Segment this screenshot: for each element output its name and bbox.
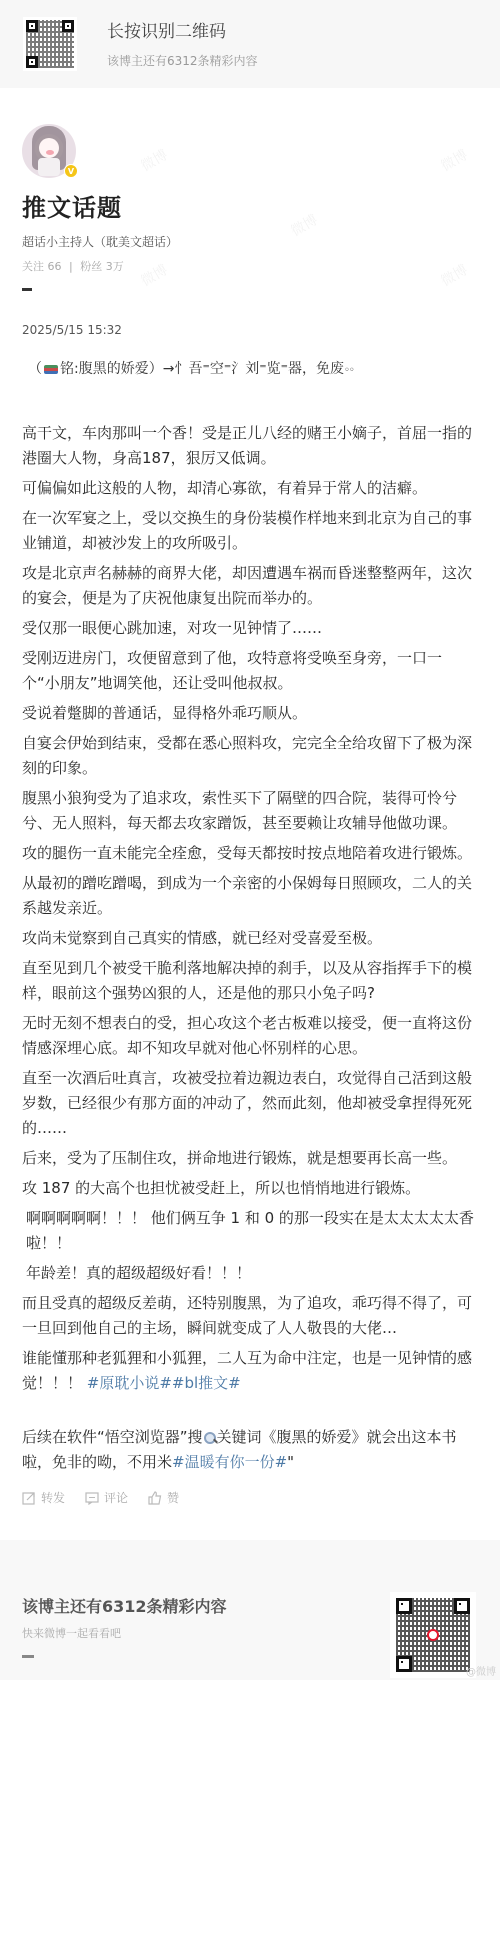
outro-text: 后续在软件“悟空浏览器”搜 bbox=[22, 1428, 203, 1446]
intro-prefix: （ bbox=[28, 361, 42, 377]
followers-count: 3万 bbox=[106, 260, 124, 273]
post-timestamp: 2025/5/15 15:32 bbox=[22, 323, 478, 337]
paragraph: 后来，受为了压制住攻，拼命地进行锻炼，就是想要再长高一些。 bbox=[22, 1146, 478, 1171]
eyes-icon: ◦◦ bbox=[344, 365, 354, 376]
like-button[interactable]: 赞 bbox=[148, 1489, 179, 1506]
paragraph: 攻尚未觉察到自己真实的情感，就已经对受喜爱至极。 bbox=[22, 926, 478, 951]
paragraph: 自宴会伊始到结束，受都在悉心照料攻，完完全全给攻留下了极为深刻的印象。 bbox=[22, 731, 478, 781]
section-divider bbox=[22, 288, 32, 291]
profile-section: V 推文话题 超话小主持人（耽美文超话） 关注 66 | 粉丝 3万 bbox=[0, 88, 500, 291]
thumbs-up-icon bbox=[148, 1491, 162, 1505]
outro-suffix: " bbox=[287, 1453, 294, 1471]
post: 2025/5/15 15:32 （铭:腹黑的娇爱）→忄吾⁼空⁼氵刘⁼览⁼器，免废… bbox=[0, 323, 500, 1534]
avatar[interactable]: V bbox=[22, 124, 76, 178]
bottom-banner-title: 该博主还有6312条精彩内容 bbox=[22, 1594, 227, 1617]
banner-subtitle: 该博主还有6312条精彩内容 bbox=[107, 52, 258, 69]
verified-badge-icon: V bbox=[64, 164, 78, 178]
bottom-banner: 该博主还有6312条精彩内容 快来微博一起看看吧 @微博 bbox=[0, 1540, 500, 1680]
paragraph: 受仅那一眼便心跳加速，对攻一见钟情了…… bbox=[22, 616, 478, 641]
post-body: 高干文，车肉那叫一个香！受是正儿八经的赌王小嫡子，首屈一指的港圈大人物，身高18… bbox=[22, 421, 478, 1475]
paragraph: 高干文，车肉那叫一个香！受是正儿八经的赌王小嫡子，首屈一指的港圈大人物，身高18… bbox=[22, 421, 478, 471]
comment-label: 评论 bbox=[104, 1489, 128, 1506]
paragraph: 年龄差！真的超级超级好看！！！ bbox=[22, 1261, 478, 1286]
paragraph: 无时无刻不想表白的受，担心攻这个老古板难以接受，便一直将这份情感深埋心底。却不知… bbox=[22, 1011, 478, 1061]
paragraph: 啊啊啊啊啊！！！ 他们俩互争 1 和 0 的那一段实在是太太太太太香啦！！ bbox=[22, 1206, 478, 1256]
paragraph: 攻 187 的大高个也担忧被受赶上，所以也悄悄地进行锻炼。 bbox=[22, 1176, 478, 1201]
outro-paragraph: 后续在软件“悟空浏览器”搜关键词《腹黑的娇爱》就会出这本书啦，免非的呦，不用米#… bbox=[22, 1425, 478, 1475]
weibo-credit: @微博 bbox=[466, 1663, 496, 1678]
paragraph: 直至见到几个被受干脆利落地解决掉的刹手，以及从容指挥手下的模样，眼前这个强势凶狠… bbox=[22, 956, 478, 1006]
top-qr-banner: 长按识别二维码 该博主还有6312条精彩内容 bbox=[0, 0, 500, 88]
weibo-logo-icon bbox=[427, 1629, 439, 1641]
qr-code-icon[interactable] bbox=[23, 17, 77, 71]
paragraph: 攻的腿伤一直未能完全痊愈，受每天都按时按点地陪着攻进行锻炼。 bbox=[22, 841, 478, 866]
hashtag-link[interactable]: #温暖有你一份# bbox=[172, 1453, 287, 1471]
repost-icon bbox=[22, 1491, 36, 1505]
paragraph-with-hashtags: 谁能懂那种老狐狸和小狐狸，二人互为命中注定，也是一见钟情的感觉！！！ #原耽小说… bbox=[22, 1346, 478, 1396]
paragraph: 腹黑小狼狗受为了追求攻，索性买下了隔壁的四合院，装得可怜兮兮、无人照料，每天都去… bbox=[22, 786, 478, 836]
banner-title: 长按识别二维码 bbox=[107, 20, 258, 44]
followers-label: 粉丝 bbox=[80, 260, 102, 273]
following-count: 66 bbox=[48, 260, 62, 273]
comment-icon bbox=[85, 1491, 99, 1505]
magnifier-icon bbox=[203, 1431, 217, 1445]
paragraph: 在一次军宴之上，受以交换生的身份装模作样地来到北京为自己的事业铺道，却被沙发上的… bbox=[22, 506, 478, 556]
post-actions: 转发 评论 赞 bbox=[22, 1489, 478, 1534]
comment-button[interactable]: 评论 bbox=[85, 1489, 128, 1506]
paragraph: 可偏偏如此这般的人物，却清心寡欲，有着异于常人的洁癖。 bbox=[22, 476, 478, 501]
books-icon bbox=[44, 365, 58, 374]
profile-description: 超话小主持人（耽美文超话） bbox=[22, 233, 478, 250]
post-intro: （铭:腹黑的娇爱）→忄吾⁼空⁼氵刘⁼览⁼器，免废◦◦ bbox=[22, 357, 478, 383]
stats-divider: | bbox=[69, 260, 73, 273]
paragraph: 受刚迈进房门，攻便留意到了他，攻特意将受唤至身旁，一口一个“小朋友”地调笑他，还… bbox=[22, 646, 478, 696]
profile-stats: 关注 66 | 粉丝 3万 bbox=[22, 258, 478, 274]
qr-code-icon[interactable] bbox=[390, 1592, 476, 1678]
paragraph: 攻是北京声名赫赫的商界大佬，却因遭遇车祸而昏迷整整两年，这次的宴会，便是为了庆祝… bbox=[22, 561, 478, 611]
paragraph: 从最初的蹭吃蹭喝，到成为一个亲密的小保姆每日照顾攻，二人的关系越发亲近。 bbox=[22, 871, 478, 921]
profile-name[interactable]: 推文话题 bbox=[22, 188, 478, 223]
paragraph: 直至一次酒后吐真言，攻被受拉着边親边表白，攻觉得自己活到这般岁数，已经很少有那方… bbox=[22, 1066, 478, 1141]
paragraph: 受说着蹩脚的普通话，显得格外乖巧顺从。 bbox=[22, 701, 478, 726]
repost-label: 转发 bbox=[41, 1489, 65, 1506]
paragraph: 而且受真的超级反差萌，还特别腹黑，为了追攻，乖巧得不得了，可一旦回到他自己的主场… bbox=[22, 1291, 478, 1341]
divider bbox=[22, 1655, 34, 1658]
like-label: 赞 bbox=[167, 1489, 179, 1506]
repost-button[interactable]: 转发 bbox=[22, 1489, 65, 1506]
bottom-banner-subtitle: 快来微博一起看看吧 bbox=[22, 1625, 227, 1641]
intro-text: 铭:腹黑的娇爱）→忄吾⁼空⁼氵刘⁼览⁼器，免废 bbox=[60, 361, 344, 377]
hashtag-link[interactable]: #bl推文# bbox=[172, 1374, 241, 1392]
following-label: 关注 bbox=[22, 260, 44, 273]
hashtag-link[interactable]: #原耽小说# bbox=[87, 1374, 172, 1392]
